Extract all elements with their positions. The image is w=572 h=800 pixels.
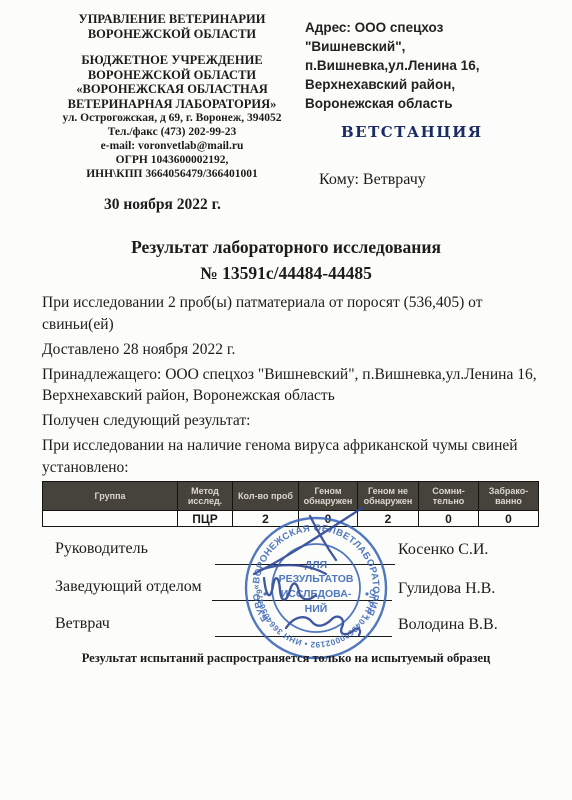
col-header-group: Группа bbox=[43, 482, 178, 511]
authority-line: УПРАВЛЕНИЕ ВЕТЕРИНАРИИ bbox=[38, 12, 306, 27]
col-header-rejected: Забрако- ванно bbox=[479, 482, 539, 511]
vetstation-stamp-text: ВЕТСТАНЦИЯ bbox=[341, 123, 545, 141]
authority-name: УПРАВЛЕНИЕ ВЕТЕРИНАРИИ ВОРОНЕЖСКОЙ ОБЛАС… bbox=[38, 12, 306, 42]
recipient-address-line: Верхнехавский район, bbox=[305, 75, 545, 94]
email: e-mail: voronvetlab@mail.ru bbox=[38, 139, 306, 153]
document-page: УПРАВЛЕНИЕ ВЕТЕРИНАРИИ ВОРОНЕЖСКОЙ ОБЛАС… bbox=[0, 0, 572, 800]
institution-line: ВОРОНЕЖСКОЙ ОБЛАСТИ bbox=[38, 68, 306, 83]
stamp-center-line: РЕЗУЛЬТАТОВ bbox=[279, 573, 354, 585]
signature-role-department-head: Заведующий отделом bbox=[55, 578, 202, 596]
document-title-line1: Результат лабораторного исследования bbox=[0, 234, 572, 260]
inn-kpp-number: ИНН\КПП 3664056479/366401001 bbox=[38, 167, 306, 181]
paragraph-owner: Принадлежащего: ООО спецхоз "Вишневский"… bbox=[42, 364, 541, 407]
paragraph-samples: При исследовании 2 проб(ы) патматериала … bbox=[42, 292, 541, 335]
street-address: ул. Острогожская, д 69, г. Воронеж, 3940… bbox=[38, 111, 306, 125]
document-date: 30 ноября 2022 г. bbox=[104, 196, 221, 214]
recipient-address-line: Адрес: ООО спецхоз bbox=[305, 18, 545, 37]
col-header-doubtful: Сомни- тельно bbox=[419, 482, 479, 511]
recipient-address: Адрес: ООО спецхоз "Вишневский", п.Вишне… bbox=[305, 18, 545, 113]
recipient-address-line: Воронежская область bbox=[305, 94, 545, 113]
cell-doubtful: 0 bbox=[419, 511, 479, 527]
paragraph-test-description: При исследовании на наличие генома вирус… bbox=[42, 435, 541, 478]
document-number: № 13591с/44484-44485 bbox=[0, 260, 572, 286]
footer-disclaimer: Результат испытаний распространяется тол… bbox=[0, 651, 572, 666]
stamp-separator-dot bbox=[365, 592, 368, 595]
document-title: Результат лабораторного исследования № 1… bbox=[0, 234, 572, 286]
letterhead-left: УПРАВЛЕНИЕ ВЕТЕРИНАРИИ ВОРОНЕЖСКОЙ ОБЛАС… bbox=[38, 12, 306, 181]
phone-fax: Тел./факс (473) 202-99-23 bbox=[38, 125, 306, 139]
institution-line: «ВОРОНЕЖСКАЯ ОБЛАСТНАЯ bbox=[38, 82, 306, 97]
signature-name-gulidova: Гулидова Н.В. bbox=[398, 580, 495, 598]
ogrn-number: ОГРН 1043600002192, bbox=[38, 153, 306, 167]
signature-name-volodina: Володина В.В. bbox=[398, 616, 498, 634]
institution-line: БЮДЖЕТНОЕ УЧРЕЖДЕНИЕ bbox=[38, 53, 306, 68]
document-body: При исследовании 2 проб(ы) патматериала … bbox=[42, 292, 541, 482]
recipient-address-line: п.Вишневка,ул.Ленина 16, bbox=[305, 56, 545, 75]
institution-contacts: ул. Острогожская, д 69, г. Воронеж, 3940… bbox=[38, 111, 306, 181]
recipient-block: Адрес: ООО спецхоз "Вишневский", п.Вишне… bbox=[305, 18, 545, 189]
authority-line: ВОРОНЕЖСКОЙ ОБЛАСТИ bbox=[38, 27, 306, 42]
institution-line: ВЕТЕРИНАРНАЯ ЛАБОРАТОРИЯ» bbox=[38, 97, 306, 112]
signature-role-veterinarian: Ветврач bbox=[55, 615, 110, 633]
cell-group bbox=[43, 511, 178, 527]
paragraph-delivered: Доставлено 28 ноября 2022 г. bbox=[42, 339, 541, 361]
recipient-address-line: "Вишневский", bbox=[305, 37, 545, 56]
cell-rejected: 0 bbox=[479, 511, 539, 527]
recipient-line: Кому: Ветврачу bbox=[319, 171, 545, 189]
signature-role-director: Руководитель bbox=[55, 540, 148, 558]
institution-name: БЮДЖЕТНОЕ УЧРЕЖДЕНИЕ ВОРОНЕЖСКОЙ ОБЛАСТИ… bbox=[38, 53, 306, 111]
paragraph-result-intro: Получен следующий результат: bbox=[42, 410, 541, 432]
stamp-center-line: НИЙ bbox=[305, 602, 328, 615]
